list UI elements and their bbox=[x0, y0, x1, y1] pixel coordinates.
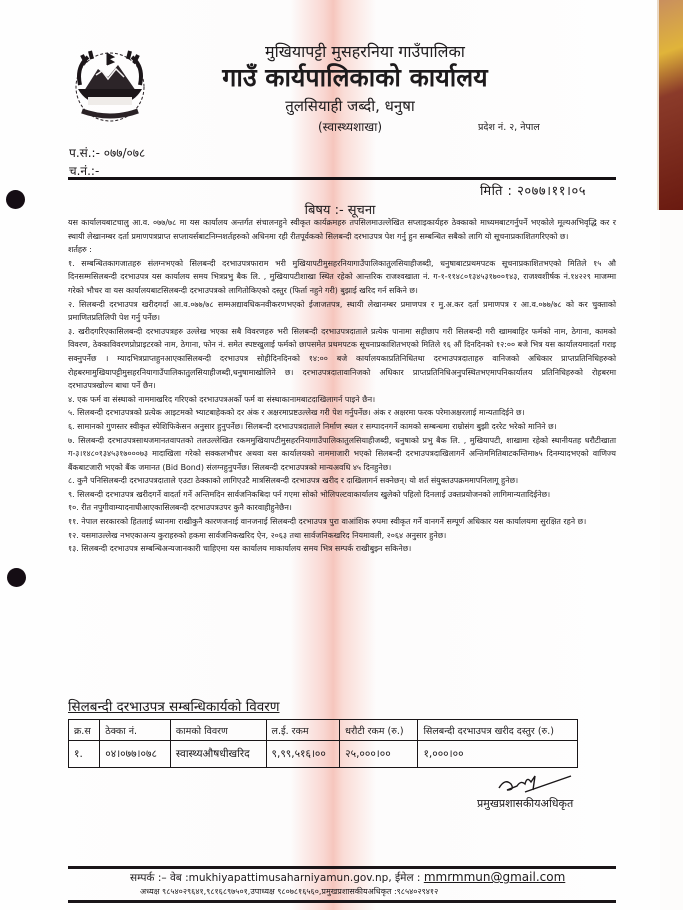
email-label: ईमेल : bbox=[395, 872, 420, 884]
col-deposit-amount: धरौटी रकम (रु.) bbox=[340, 720, 418, 741]
term-item: १३. सिलबन्दी दरभाउपत्र सम्बन्धिअन्यजानका… bbox=[68, 542, 616, 556]
background-surface bbox=[657, 0, 683, 210]
cell-contract-no: ०४।०७७।०७८ bbox=[100, 741, 171, 768]
letter-number: प.सं.:- ०७७/०७८ bbox=[69, 144, 145, 161]
term-item: ३. खरीदगरिएकासिलबन्दी दरभाउपत्रहरु उल्ले… bbox=[68, 325, 616, 393]
term-item: ७. सिलबन्दी दरभाउपत्रसाथजमानतवापतको तलउल… bbox=[68, 434, 616, 475]
table-row: १. ०४।०७७।०७८ स्वास्थ्यऔषधीखरिद ९,९९,५१६… bbox=[69, 741, 578, 768]
province-label: प्रदेश नं. २, नेपाल bbox=[478, 120, 540, 133]
footer-phones: अध्यक्ष ९८५४०२९६४१,९८१६८९७५०१,उपाध्यक्ष … bbox=[140, 886, 438, 897]
term-item: ६. सामानको गुणस्तर स्वीकृत स्पेशिफिकेसन … bbox=[68, 420, 616, 434]
col-serial: क्र.स bbox=[69, 720, 100, 741]
signatory-title: प्रमुखप्रशासकीयअधिकृत bbox=[477, 796, 573, 811]
notice-page: मुखियापट्टी मुसहरनिया गाउँपालिका गाउँ का… bbox=[0, 0, 660, 910]
works-table: क्र.स ठेक्का नं. कामको विवरण ल.ई. रकम धर… bbox=[68, 719, 578, 768]
municipality-name: मुखियापट्टी मुसहरनिया गाउँपालिका bbox=[35, 40, 683, 62]
notice-body: यस कार्यालयबाटचालु आ.व. ०७७/७८ मा यस कार… bbox=[68, 216, 616, 556]
notice-date: मिति : २०७७।११।०५ bbox=[480, 181, 586, 199]
office-name: गाउँ कार्यपालिकाको कार्यालय bbox=[25, 60, 683, 94]
col-bid-fee: सिलबन्दी दरभाउपत्र खरीद दस्तुर (रु.) bbox=[418, 720, 578, 741]
footer-divider-bottom bbox=[68, 900, 616, 903]
website-link[interactable]: mukhiyapattimusaharniyamun.gov.np, bbox=[189, 872, 392, 884]
punch-hole-bottom bbox=[7, 568, 26, 587]
header-divider bbox=[68, 177, 616, 180]
term-item: ९. सिलबन्दी दरभाउपत्र खरीदगर्ने वादर्ता … bbox=[68, 488, 616, 502]
signature-icon bbox=[495, 772, 575, 794]
table-title: सिलबन्दी दरभाउपत्र सम्बन्धिकार्यको विवरण bbox=[68, 697, 280, 715]
term-item: ११. नेपाल सरकारको हितलाई ध्यानमा राखीकुन… bbox=[68, 515, 616, 529]
office-address: तुलसियाही जब्दी, धनुषा bbox=[20, 96, 680, 116]
footer-contact-line: सम्पर्क :– वेब :mukhiyapattimusaharniyam… bbox=[130, 870, 565, 885]
cell-deposit-amount: २५,०००।०० bbox=[340, 741, 418, 768]
col-cost-estimate: ल.ई. रकम bbox=[266, 720, 340, 741]
term-item: ४. एक फर्म वा संस्थाको नाममाखरिद गरिएको … bbox=[68, 393, 616, 407]
cell-serial: १. bbox=[69, 741, 100, 768]
term-item: १. सम्बन्धितकागजातहरु संलग्नभएको सिलबन्द… bbox=[68, 257, 616, 298]
col-work-description: कामको विवरण bbox=[170, 720, 266, 741]
term-item: २. सिलबन्दी दरभाउपत्र खरीदगर्दा आ.व.०७७/… bbox=[68, 298, 616, 325]
email-link[interactable]: mmrmmun@gmail.com bbox=[424, 870, 565, 884]
col-contract-no: ठेक्का नं. bbox=[100, 720, 171, 741]
table-header-row: क्र.स ठेक्का नं. कामको विवरण ल.ई. रकम धर… bbox=[69, 720, 578, 741]
term-item: ८. कुनै पनिसिलबन्दी दरभाउपत्रदाताले एउटा… bbox=[68, 474, 616, 488]
cell-bid-fee: १,०००।०० bbox=[418, 741, 578, 768]
office-branch: (स्वास्थ्यशाखा) bbox=[20, 118, 680, 135]
contact-label: सम्पर्क :– वेब : bbox=[130, 872, 189, 884]
intro-paragraph: यस कार्यालयबाटचालु आ.व. ०७७/७८ मा यस कार… bbox=[68, 216, 616, 243]
punch-hole-top bbox=[6, 190, 25, 209]
term-item: १२. यसमाउल्लेख नभएकाअन्य कुराहरुको हकमा … bbox=[68, 529, 616, 543]
footer-divider-top bbox=[68, 866, 616, 869]
cell-cost-estimate: ९,९९,५१६।०० bbox=[266, 741, 340, 768]
cell-work-description: स्वास्थ्यऔषधीखरिद bbox=[170, 741, 266, 768]
term-item: ५. सिलबन्दी दरभाउपत्रको प्रत्येक आइटमको … bbox=[68, 406, 616, 420]
terms-heading: शर्तहरु : bbox=[68, 243, 616, 257]
term-item: १०. रीत नपुगीवाम्यादनाघीआएकासिलबन्दी दरभ… bbox=[68, 501, 616, 515]
